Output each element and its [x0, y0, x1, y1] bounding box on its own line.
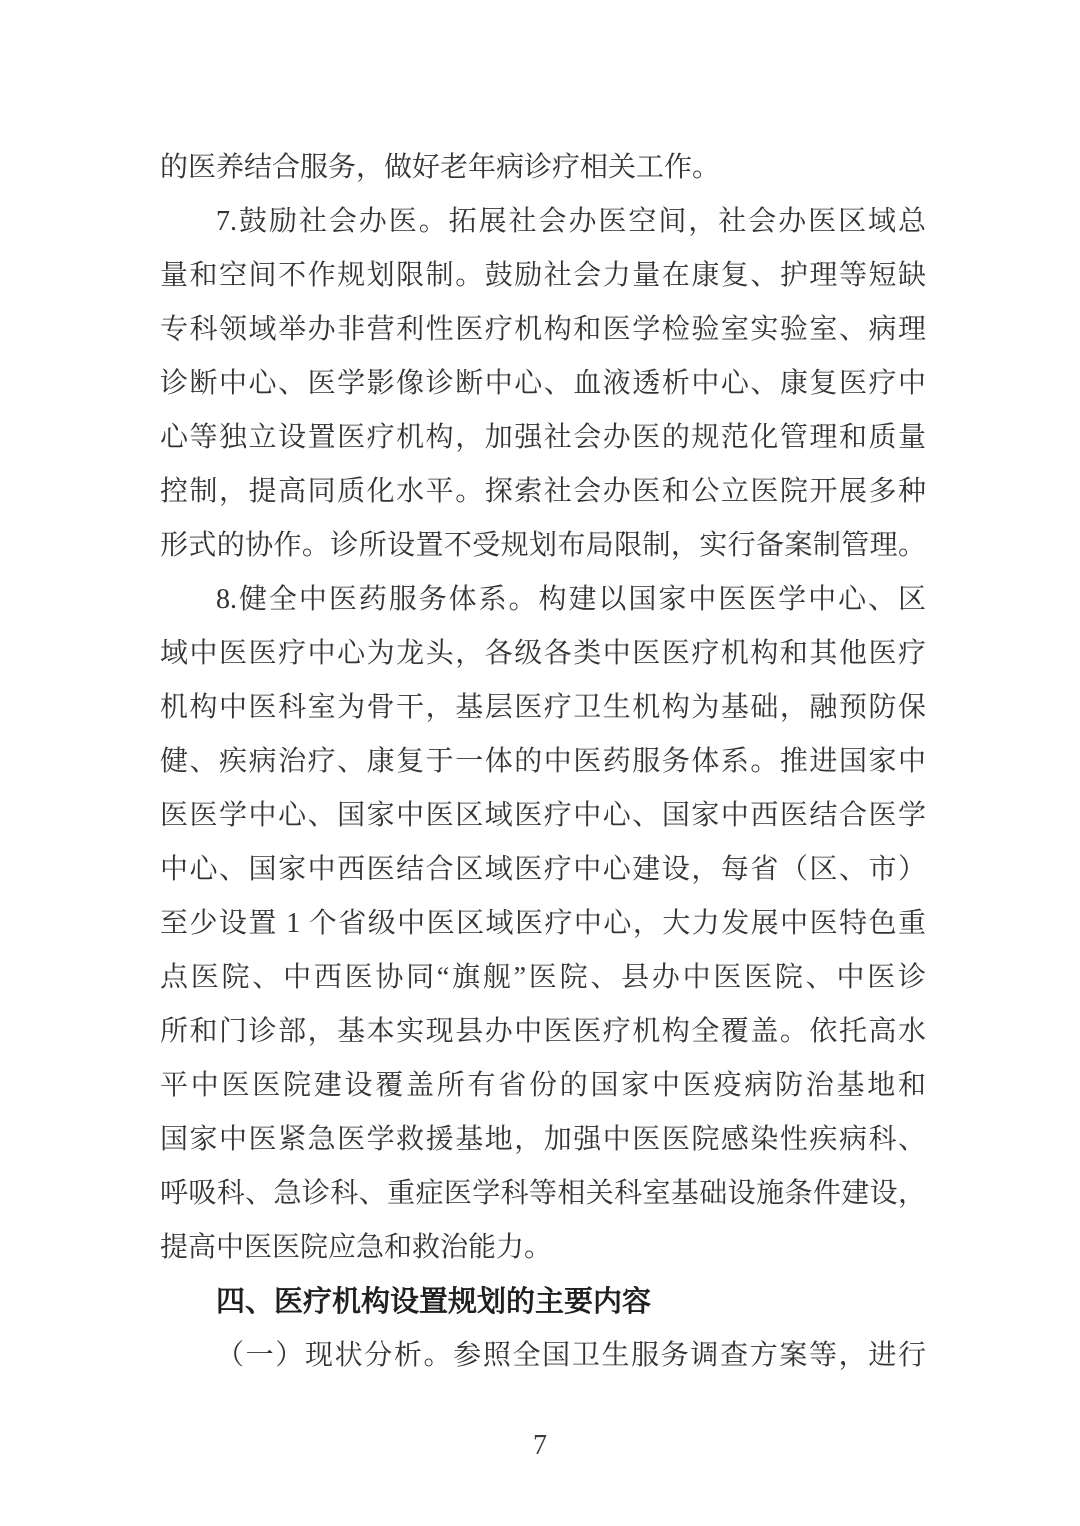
text-line: 健、疾病治疗、康复于一体的中医药服务体系。推进国家中 — [160, 735, 926, 789]
section-heading: 四、医疗机构设置规划的主要内容 — [160, 1275, 926, 1329]
text-line: 控制，提高同质化水平。探索社会办医和公立医院开展多种 — [160, 465, 926, 519]
text-line: （一）现状分析。参照全国卫生服务调查方案等，进行 — [160, 1329, 926, 1383]
text-line: 形式的协作。诊所设置不受规划布局限制，实行备案制管理。 — [160, 519, 926, 573]
text-line: 平中医医院建设覆盖所有省份的国家中医疫病防治基地和 — [160, 1059, 926, 1113]
text-line: 域中医医疗中心为龙头，各级各类中医医疗机构和其他医疗 — [160, 627, 926, 681]
text-line: 专科领域举办非营利性医疗机构和医学检验室实验室、病理 — [160, 303, 926, 357]
text-line: 提高中医医院应急和救治能力。 — [160, 1221, 926, 1275]
page-footer: 7 — [0, 1430, 1080, 1462]
text-line: 至少设置 1 个省级中医区域医疗中心，大力发展中医特色重 — [160, 897, 926, 951]
text-line: 心等独立设置医疗机构，加强社会办医的规范化管理和质量 — [160, 411, 926, 465]
text-line: 的医养结合服务，做好老年病诊疗相关工作。 — [160, 141, 926, 195]
text-line: 国家中医紧急医学救援基地，加强中医医院感染性疾病科、 — [160, 1113, 926, 1167]
text-line: 机构中医科室为骨干，基层医疗卫生机构为基础，融预防保 — [160, 681, 926, 735]
text-line: 呼吸科、急诊科、重症医学科等相关科室基础设施条件建设， — [160, 1167, 926, 1221]
text-line: 7.鼓励社会办医。拓展社会办医空间，社会办医区域总 — [160, 195, 926, 249]
document-page: 的医养结合服务，做好老年病诊疗相关工作。7.鼓励社会办医。拓展社会办医空间，社会… — [0, 0, 1080, 1526]
text-line: 量和空间不作规划限制。鼓励社会力量在康复、护理等短缺 — [160, 249, 926, 303]
text-line: 所和门诊部，基本实现县办中医医疗机构全覆盖。依托高水 — [160, 1005, 926, 1059]
page-number: 7 — [533, 1430, 547, 1461]
text-line: 中心、国家中西医结合区域医疗中心建设，每省（区、市） — [160, 843, 926, 897]
text-line: 8.健全中医药服务体系。构建以国家中医医学中心、区 — [160, 573, 926, 627]
text-line: 诊断中心、医学影像诊断中心、血液透析中心、康复医疗中 — [160, 357, 926, 411]
document-body: 的医养结合服务，做好老年病诊疗相关工作。7.鼓励社会办医。拓展社会办医空间，社会… — [160, 141, 926, 1383]
text-line: 医医学中心、国家中医区域医疗中心、国家中西医结合医学 — [160, 789, 926, 843]
text-line: 点医院、中西医协同“旗舰”医院、县办中医医院、中医诊 — [160, 951, 926, 1005]
